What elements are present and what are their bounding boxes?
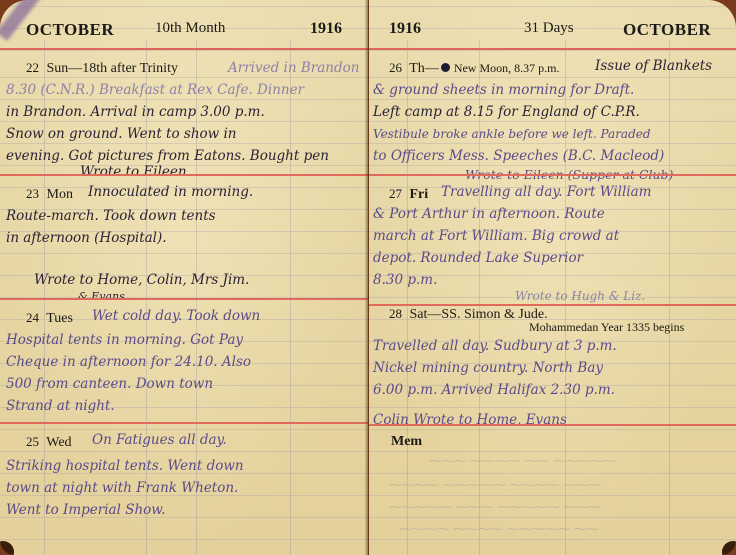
day-label: Mon bbox=[47, 187, 73, 202]
entry-day-23: 23 Mon bbox=[26, 186, 73, 203]
entry-divider bbox=[0, 298, 368, 300]
day-number: 27 bbox=[389, 186, 402, 201]
memo-label: Mem bbox=[391, 434, 422, 449]
handwriting-line: Travelled all day. Sudbury at 3 p.m. bbox=[373, 336, 617, 358]
entry-divider bbox=[369, 174, 736, 176]
handwriting-line: Colin Wrote to Home, Evans bbox=[373, 410, 567, 432]
entry-day-22: 22 Sun—18th after Trinity bbox=[26, 60, 178, 77]
handwriting-line: & ground sheets in morning for Draft. bbox=[373, 80, 634, 102]
day-label: Fri bbox=[410, 187, 429, 202]
header-month: OCTOBER bbox=[26, 20, 114, 40]
handwriting-line: 8.30 p.m. bbox=[373, 270, 437, 292]
entry-divider bbox=[369, 424, 736, 426]
calendar-note: Mohammedan Year 1335 begins bbox=[529, 320, 684, 335]
handwriting-line: Route-march. Took down tents bbox=[6, 206, 216, 228]
handwriting-line: Strand at night. bbox=[6, 396, 115, 418]
handwriting-line: Cheque in afternoon for 24.10. Also bbox=[6, 352, 251, 374]
entry-day-28: 28 Sat—SS. Simon & Jude. bbox=[389, 306, 548, 323]
handwriting-line: march at Fort William. Big crowd at bbox=[373, 226, 619, 248]
bleed-through-text: ⁓⁓⁓⁓ ⁓⁓⁓⁓ ⁓⁓⁓⁓⁓ ⁓⁓ bbox=[399, 518, 598, 540]
handwriting-line: Wet cold day. Took down bbox=[92, 306, 260, 328]
handwriting-line: On Fatigues all day. bbox=[92, 430, 227, 452]
header-subtitle: 31 Days bbox=[524, 20, 574, 37]
day-label: Sun—18th after Trinity bbox=[47, 61, 178, 76]
day-label: Th— bbox=[409, 61, 439, 76]
handwriting-line: & Evans bbox=[78, 286, 125, 308]
left-page: OCTOBER 10th Month 1916 22 Sun—18th afte… bbox=[0, 0, 368, 555]
bleed-through-text: ⁓⁓⁓⁓⁓ ⁓⁓⁓ ⁓⁓⁓⁓⁓ ⁓⁓⁓ bbox=[389, 496, 601, 518]
handwriting-line: Issue of Blankets bbox=[595, 56, 712, 78]
handwriting-line: & Port Arthur in afternoon. Route bbox=[373, 204, 605, 226]
handwriting-line: in afternoon (Hospital). bbox=[6, 228, 167, 250]
handwriting-line: town at night with Frank Wheton. bbox=[6, 478, 238, 500]
handwriting-line: 8.30 (C.N.R.) Breakfast at Rex Cafe. Din… bbox=[6, 80, 304, 102]
day-number: 26 bbox=[389, 60, 402, 75]
moon-note: New Moon, 8.37 p.m. bbox=[454, 61, 560, 75]
entry-day-26: 26 Th—New Moon, 8.37 p.m. bbox=[389, 60, 559, 77]
handwriting-line: 500 from canteen. Down town bbox=[6, 374, 213, 396]
handwriting-line: depot. Rounded Lake Superior bbox=[373, 248, 583, 270]
day-number: 23 bbox=[26, 186, 39, 201]
day-number: 25 bbox=[26, 434, 39, 449]
handwriting-line: Snow on ground. Went to show in bbox=[6, 124, 237, 146]
right-page-header: 1916 31 Days OCTOBER bbox=[369, 18, 736, 44]
right-page: 1916 31 Days OCTOBER 26 Th—New Moon, 8.3… bbox=[369, 0, 736, 555]
day-label: Tues bbox=[46, 311, 73, 326]
day-number: 28 bbox=[389, 306, 402, 321]
day-number: 24 bbox=[26, 310, 39, 325]
handwriting-line: Travelling all day. Fort William bbox=[441, 182, 651, 204]
memo-section: Mem bbox=[391, 434, 422, 450]
header-rule bbox=[369, 48, 736, 50]
diary-spread: OCTOBER 10th Month 1916 22 Sun—18th afte… bbox=[0, 0, 736, 555]
entry-divider bbox=[0, 174, 368, 176]
header-year: 1916 bbox=[310, 20, 342, 38]
entry-divider bbox=[0, 422, 368, 424]
day-label: Wed bbox=[46, 435, 71, 450]
day-label: Sat—SS. Simon & Jude. bbox=[410, 307, 548, 322]
left-page-header: OCTOBER 10th Month 1916 bbox=[0, 18, 368, 44]
handwriting-line: Left camp at 8.15 for England of C.P.R. bbox=[373, 102, 640, 124]
bleed-through-text: ⁓⁓⁓⁓ ⁓⁓⁓⁓⁓ ⁓⁓⁓⁓ ⁓⁓⁓ bbox=[389, 474, 601, 496]
handwriting-line: Innoculated in morning. bbox=[88, 182, 253, 204]
handwriting-line: 6.00 p.m. Arrived Halifax 2.30 p.m. bbox=[373, 380, 615, 402]
entry-day-24: 24 Tues bbox=[26, 310, 73, 327]
header-rule bbox=[0, 48, 368, 50]
entry-day-25: 25 Wed bbox=[26, 434, 72, 451]
handwriting-line: Nickel mining country. North Bay bbox=[373, 358, 603, 380]
handwriting-line: Striking hospital tents. Went down bbox=[6, 456, 244, 478]
day-number: 22 bbox=[26, 60, 39, 75]
entry-day-27: 27 Fri bbox=[389, 186, 428, 203]
handwriting-line: Arrived in Brandon bbox=[228, 58, 359, 80]
new-moon-icon bbox=[441, 63, 450, 72]
handwriting-line: in Brandon. Arrival in camp 3.00 p.m. bbox=[6, 102, 265, 124]
grid-line bbox=[669, 40, 670, 555]
bleed-through-text: ⁓⁓⁓ ⁓⁓⁓⁓ ⁓⁓ ⁓⁓⁓⁓⁓ bbox=[429, 450, 616, 472]
header-subtitle: 10th Month bbox=[155, 20, 225, 37]
handwriting-line: Vestibule broke ankle before we left. Pa… bbox=[373, 124, 651, 146]
handwriting-line: Wrote to Home, Colin, Mrs Jim. bbox=[34, 270, 249, 292]
header-month: OCTOBER bbox=[623, 20, 711, 40]
handwriting-line: Wrote to Eileen bbox=[80, 162, 187, 184]
handwriting-line: Went to Imperial Show. bbox=[6, 500, 166, 522]
handwriting-line: Hospital tents in morning. Got Pay bbox=[6, 330, 243, 352]
header-year: 1916 bbox=[389, 20, 421, 38]
